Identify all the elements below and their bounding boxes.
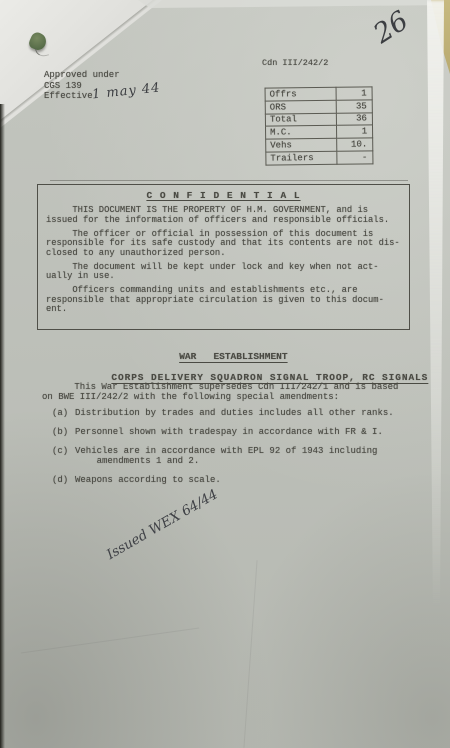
handwritten-issued-note: Issued WEX 64/44 (104, 486, 221, 563)
notice-paragraph: Officers commanding units and establishm… (46, 286, 401, 315)
row-value: 1 (336, 125, 372, 138)
document-photo: 26 Cdn III/242/2 Approved under CGS 139 … (0, 0, 450, 748)
amendment-text: Distribution by trades and duties includ… (75, 408, 414, 418)
notice-paragraph: The officer or official in possession of… (46, 230, 401, 259)
amendment-label: (b) (52, 427, 75, 437)
amendment-label: (a) (52, 408, 75, 418)
row-label: ORS (265, 100, 336, 114)
document-reference: Cdn III/242/2 (262, 58, 328, 68)
table-row: Offrs 1 (265, 87, 372, 101)
amendment-item: (a) Distribution by trades and duties in… (52, 408, 414, 418)
amendment-label: (d) (52, 475, 75, 485)
photo-left-edge (0, 104, 5, 748)
amendment-item: (d) Weapons according to scale. (52, 475, 414, 485)
page-right-edge-highlight (420, 0, 448, 610)
underlying-page-corner (0, 0, 170, 132)
table-row: ORS 35 (265, 100, 372, 114)
amendment-text: Vehicles are in accordance with EPL 92 o… (75, 446, 414, 466)
confidential-notice: C O N F I D E N T I A L THIS DOCUMENT IS… (37, 184, 410, 330)
handwritten-page-number: 26 (368, 5, 414, 50)
row-value: 10. (337, 138, 373, 151)
row-label: Total (265, 113, 336, 127)
notice-paragraph: THIS DOCUMENT IS THE PROPERTY OF H.M. GO… (46, 206, 401, 225)
amendment-text: Personnel shown with tradespay in accord… (75, 427, 414, 437)
row-label: Vehs (266, 138, 337, 152)
row-label: Offrs (265, 87, 336, 101)
box-top-rule (50, 180, 408, 181)
row-label: Trailers (266, 151, 337, 165)
amendment-label: (c) (52, 446, 75, 466)
amendment-text: Weapons according to scale. (75, 475, 414, 485)
row-label: M.C. (266, 126, 337, 140)
row-value: 1 (336, 87, 372, 100)
row-value: - (337, 151, 373, 164)
row-value: 35 (336, 100, 372, 113)
row-value: 36 (336, 112, 372, 125)
notice-paragraph: The document will be kept under lock and… (46, 263, 401, 282)
paper-crease (21, 627, 199, 653)
amendment-item: (c) Vehicles are in accordance with EPL … (52, 446, 414, 466)
amendment-item: (b) Personnel shown with tradespay in ac… (52, 427, 414, 437)
intro-paragraph: This War Establishment supersedes Cdn II… (42, 382, 414, 402)
page-top-edge (138, 0, 450, 8)
confidential-title: C O N F I D E N T I A L (46, 190, 401, 201)
paper-crease (243, 560, 257, 748)
amendments-list: (a) Distribution by trades and duties in… (52, 408, 414, 494)
strength-table: Offrs 1 ORS 35 Total 36 M.C. 1 Vehs 10. … (265, 86, 374, 165)
table-row: Trailers - (266, 151, 373, 165)
